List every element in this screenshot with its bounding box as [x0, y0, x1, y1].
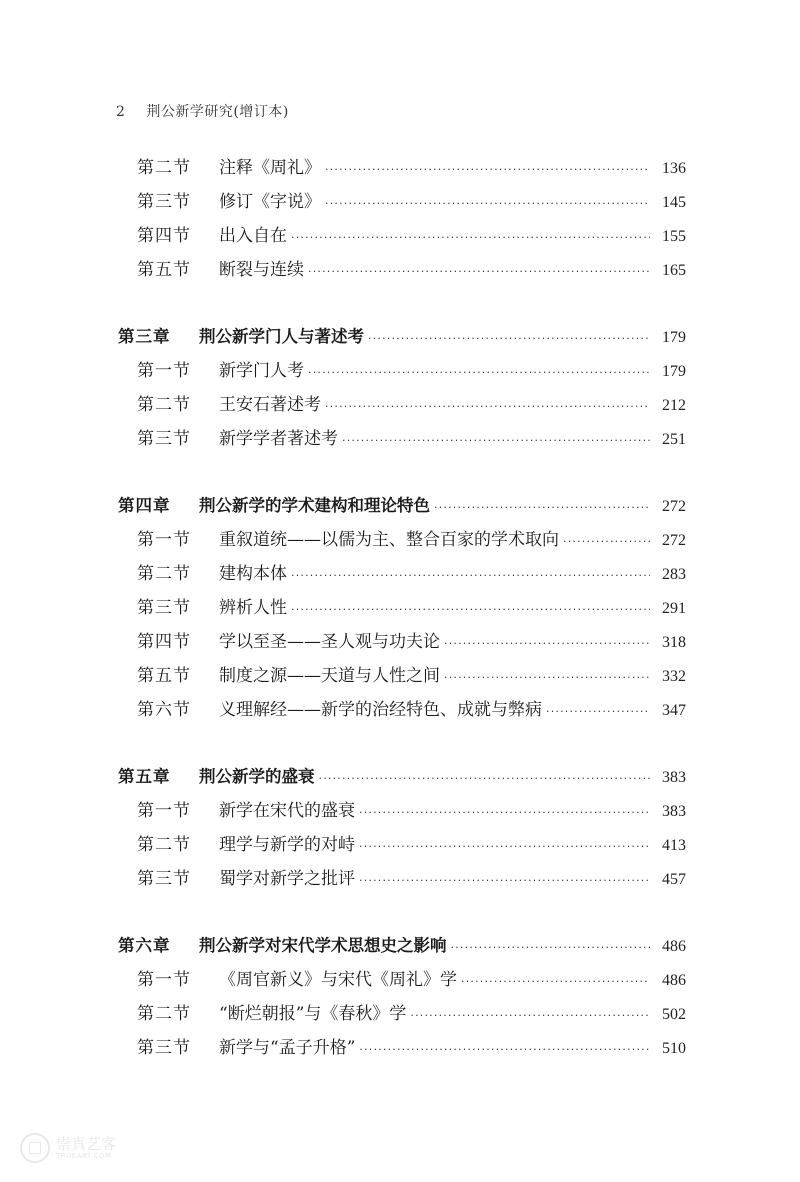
toc-section-row[interactable]: 第五节 制度之源——天道与人性之间 332 [118, 659, 686, 693]
toc-section-row[interactable]: 第一节 重叙道统——以儒为主、整合百家的学术取向 272 [118, 523, 686, 557]
section-number: 第六节 [137, 693, 217, 727]
section-page: 155 [656, 220, 686, 254]
section-title: 新学在宋代的盛衰 [217, 794, 355, 828]
section-title: 学以至圣——圣人观与功夫论 [217, 625, 440, 659]
chapter-block-6: 第六章 荆公新学对宋代学术思想史之影响 486 第一节 《周官新义》与宋代《周礼… [118, 929, 686, 1065]
section-title: 新学门人考 [217, 354, 304, 388]
chapter-page: 486 [656, 930, 686, 964]
section-title: 《周官新义》与宋代《周礼》学 [217, 963, 457, 997]
section-page: 251 [656, 423, 686, 457]
page-number: 2 [116, 104, 125, 120]
toc-section-row[interactable]: 第一节 新学在宋代的盛衰 383 [118, 794, 686, 828]
section-title: 修订《字说》 [217, 185, 321, 219]
toc-section-row[interactable]: 第二节 建构本体 283 [118, 557, 686, 591]
chapter-number: 第三章 [118, 320, 197, 354]
section-page: 136 [656, 152, 686, 186]
section-title: 义理解经——新学的治经特色、成就与弊病 [217, 693, 542, 727]
toc-chapter-row[interactable]: 第三章 荆公新学门人与著述考 179 [118, 320, 686, 354]
section-number: 第三节 [137, 591, 217, 625]
chapter-block-5: 第五章 荆公新学的盛衰 383 第一节 新学在宋代的盛衰 383 第二节 理学与… [118, 760, 686, 896]
chapter-number: 第五章 [118, 760, 197, 794]
chapter-title: 荆公新学的学术建构和理论特色 [197, 489, 430, 523]
dot-leader [368, 322, 650, 356]
section-title: 辨析人性 [217, 591, 287, 625]
watermark-text: 崇真艺客 TRUEART.COM [56, 1136, 116, 1161]
section-number: 第二节 [137, 388, 217, 422]
dot-leader [546, 695, 650, 729]
chapter-page: 383 [656, 761, 686, 795]
dot-leader [444, 627, 650, 661]
dot-leader [342, 424, 650, 458]
section-number: 第四节 [137, 625, 217, 659]
toc-section-row[interactable]: 第三节 修订《字说》 145 [118, 185, 686, 219]
section-page: 347 [656, 694, 686, 728]
section-number: 第一节 [137, 354, 217, 388]
section-page: 272 [656, 524, 686, 558]
dot-leader [444, 661, 650, 695]
section-number: 第三节 [137, 185, 217, 219]
dot-leader [325, 187, 650, 221]
dot-leader [291, 559, 650, 593]
section-number: 第一节 [137, 963, 217, 997]
chapter-title: 荆公新学对宋代学术思想史之影响 [197, 929, 447, 963]
chapter-title: 荆公新学的盛衰 [197, 760, 315, 794]
section-page: 510 [656, 1032, 686, 1066]
dot-leader [563, 525, 650, 559]
section-title: 注释《周礼》 [217, 151, 321, 185]
section-page: 486 [656, 964, 686, 998]
toc-section-row[interactable]: 第三节 新学学者著述考 251 [118, 422, 686, 456]
watermark-text-cn: 崇真艺客 [56, 1136, 116, 1152]
section-page: 318 [656, 626, 686, 660]
chapter-block-2-continued: 第二节 注释《周礼》 136 第三节 修订《字说》 145 第四节 出入自在 1… [118, 151, 686, 287]
toc-chapter-row[interactable]: 第四章 荆公新学的学术建构和理论特色 272 [118, 489, 686, 523]
dot-leader [291, 593, 650, 627]
chapter-page: 179 [656, 321, 686, 355]
section-page: 212 [656, 389, 686, 423]
section-number: 第三节 [137, 1031, 217, 1065]
chapter-number: 第四章 [118, 489, 197, 523]
section-page: 291 [656, 592, 686, 626]
running-head: 2 荆公新学研究(增订本) [116, 101, 289, 121]
dot-leader [359, 864, 650, 898]
section-page: 457 [656, 863, 686, 897]
toc-section-row[interactable]: 第六节 义理解经——新学的治经特色、成就与弊病 347 [118, 693, 686, 727]
section-title: 新学与“孟子升格” [217, 1031, 355, 1065]
section-number: 第一节 [137, 523, 217, 557]
section-page: 332 [656, 660, 686, 694]
chapter-block-4: 第四章 荆公新学的学术建构和理论特色 272 第一节 重叙道统——以儒为主、整合… [118, 489, 686, 727]
toc-section-row[interactable]: 第二节 注释《周礼》 136 [118, 151, 686, 185]
section-title: 断裂与连续 [217, 253, 304, 287]
section-title: 重叙道统——以儒为主、整合百家的学术取向 [217, 523, 559, 557]
toc-section-row[interactable]: 第一节 新学门人考 179 [118, 354, 686, 388]
dot-leader [308, 356, 650, 390]
toc-section-row[interactable]: 第五节 断裂与连续 165 [118, 253, 686, 287]
toc-section-row[interactable]: 第三节 新学与“孟子升格” 510 [118, 1031, 686, 1065]
watermark: 崇真艺客 TRUEART.COM [20, 1133, 116, 1163]
chapter-block-3: 第三章 荆公新学门人与著述考 179 第一节 新学门人考 179 第二节 王安石… [118, 320, 686, 456]
section-number: 第四节 [137, 219, 217, 253]
section-page: 383 [656, 795, 686, 829]
dot-leader [359, 830, 650, 864]
section-title: 制度之源——天道与人性之间 [217, 659, 440, 693]
section-title: 理学与新学的对峙 [217, 828, 355, 862]
section-page: 283 [656, 558, 686, 592]
dot-leader [359, 796, 650, 830]
dot-leader [359, 1033, 650, 1067]
dot-leader [291, 221, 650, 255]
section-title: 出入自在 [217, 219, 287, 253]
section-number: 第五节 [137, 659, 217, 693]
section-number: 第三节 [137, 422, 217, 456]
section-number: 第二节 [137, 557, 217, 591]
section-number: 第二节 [137, 997, 217, 1031]
section-page: 179 [656, 355, 686, 389]
toc-section-row[interactable]: 第三节 蜀学对新学之批评 457 [118, 862, 686, 896]
toc-section-row[interactable]: 第二节 理学与新学的对峙 413 [118, 828, 686, 862]
section-page: 165 [656, 254, 686, 288]
toc-section-row[interactable]: 第二节 王安石著述考 212 [118, 388, 686, 422]
speech-bubble-icon [20, 1133, 50, 1163]
section-page: 502 [656, 998, 686, 1032]
dot-leader [325, 390, 650, 424]
watermark-text-en: TRUEART.COM [56, 1152, 116, 1161]
toc-section-row[interactable]: 第二节 “断烂朝报”与《春秋》学 502 [118, 997, 686, 1031]
chapter-number: 第六章 [118, 929, 197, 963]
section-title: 新学学者著述考 [217, 422, 338, 456]
section-title: “断烂朝报”与《春秋》学 [217, 997, 406, 1031]
toc-section-row[interactable]: 第一节 《周官新义》与宋代《周礼》学 486 [118, 963, 686, 997]
toc-section-row[interactable]: 第三节 辨析人性 291 [118, 591, 686, 625]
section-number: 第二节 [137, 828, 217, 862]
section-title: 蜀学对新学之批评 [217, 862, 355, 896]
toc-section-row[interactable]: 第四节 出入自在 155 [118, 219, 686, 253]
section-title: 建构本体 [217, 557, 287, 591]
toc-section-row[interactable]: 第四节 学以至圣——圣人观与功夫论 318 [118, 625, 686, 659]
chapter-page: 272 [656, 490, 686, 524]
section-page: 145 [656, 186, 686, 220]
toc-chapter-row[interactable]: 第五章 荆公新学的盛衰 383 [118, 760, 686, 794]
table-of-contents: 第二节 注释《周礼》 136 第三节 修订《字说》 145 第四节 出入自在 1… [118, 151, 686, 1098]
dot-leader [308, 255, 650, 289]
section-number: 第二节 [137, 151, 217, 185]
dot-leader [451, 931, 651, 965]
section-number: 第三节 [137, 862, 217, 896]
dot-leader [325, 153, 650, 187]
dot-leader [319, 762, 651, 796]
section-number: 第五节 [137, 253, 217, 287]
dot-leader [461, 965, 650, 999]
dot-leader [434, 491, 650, 525]
section-number: 第一节 [137, 794, 217, 828]
book-title: 荆公新学研究(增订本) [146, 104, 288, 120]
section-title: 王安石著述考 [217, 388, 321, 422]
toc-chapter-row[interactable]: 第六章 荆公新学对宋代学术思想史之影响 486 [118, 929, 686, 963]
chapter-title: 荆公新学门人与著述考 [197, 320, 364, 354]
dot-leader [410, 999, 650, 1033]
section-page: 413 [656, 829, 686, 863]
